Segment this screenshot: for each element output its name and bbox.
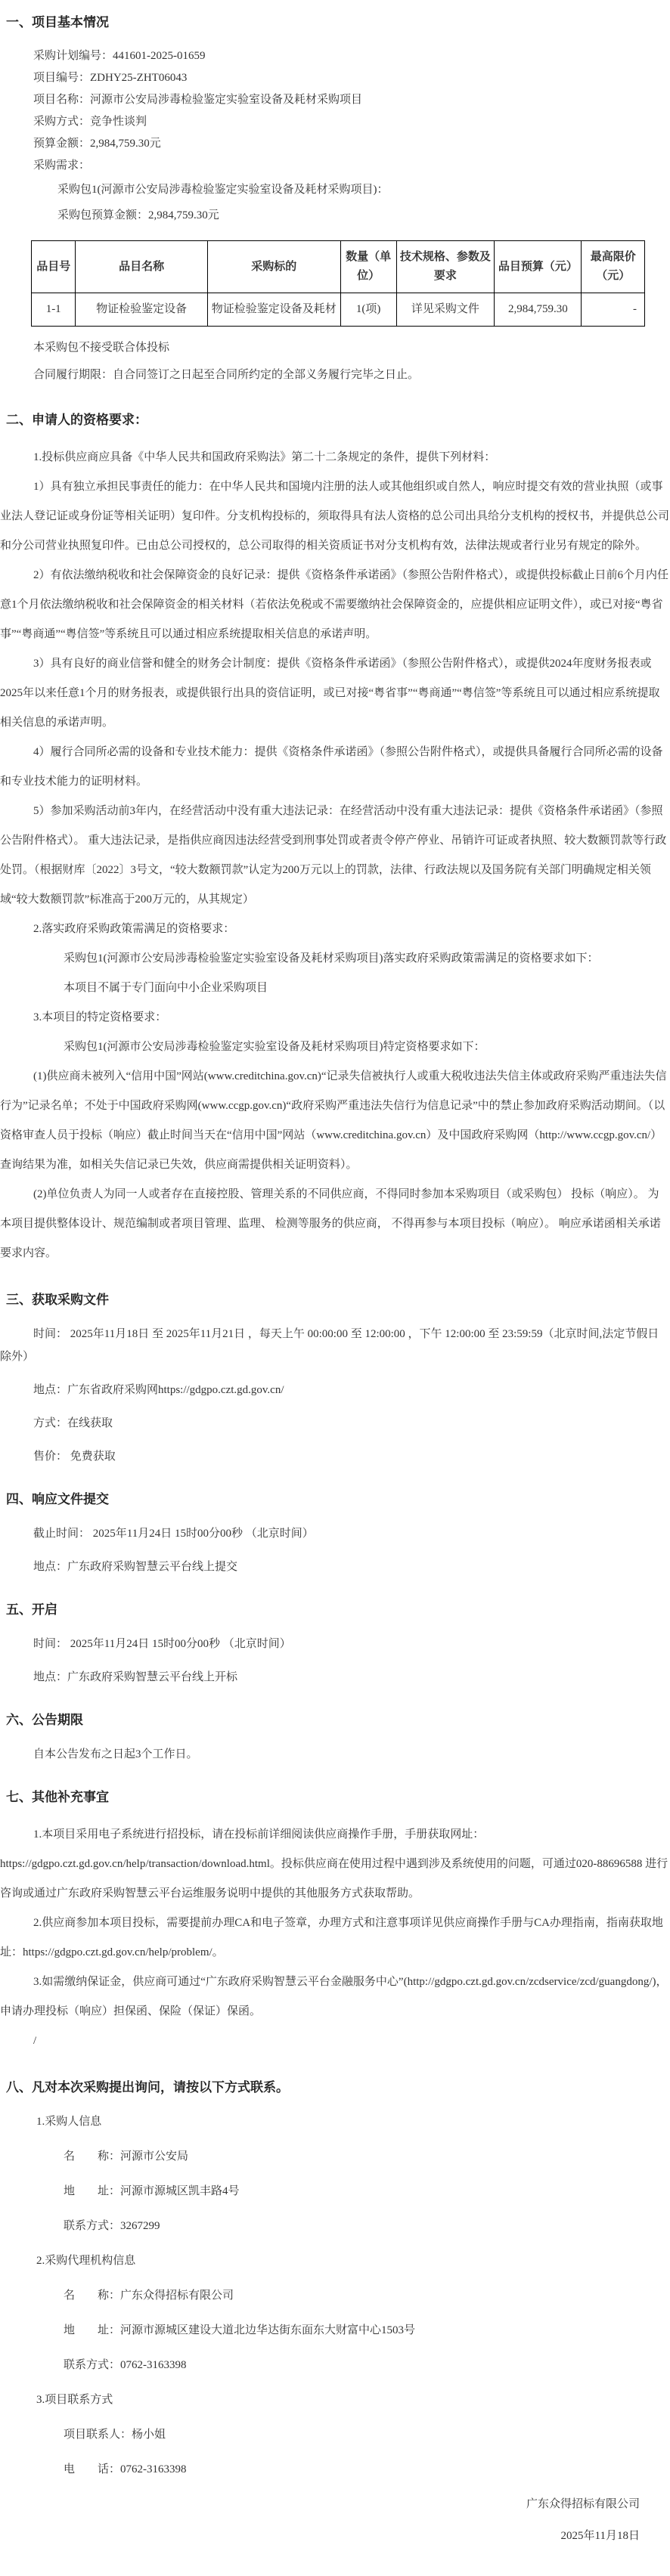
items-table-header-row: 品目号 品目名称 采购标的 数量（单位） 技术规格、参数及要求 品目预算（元） … xyxy=(32,241,645,293)
obtain-time-line: 时间： 2025年11月18日 至 2025年11月21日 ，每天上午 00:0… xyxy=(0,1323,670,1368)
budget-amount-line: 预算金额：2,984,759.30元 xyxy=(0,133,670,155)
purchaser-name-line: 名 称：河源市公安局 xyxy=(0,2145,670,2168)
contact-block: 1.采购人信息 名 称：河源市公安局 地 址：河源市源城区凯丰路4号 联系方式：… xyxy=(0,2110,670,2481)
supplementary-para: 2.供应商参加本项目投标，需要提前办理CA和电子签章，办理方式和注意事项详见供应… xyxy=(0,1909,670,1968)
qualification-para: 2）有依法缴纳税收和社会保障资金的良好记录：提供《资格条件承诺函》（参照公告附件… xyxy=(0,561,670,649)
col-header-specs: 技术规格、参数及要求 xyxy=(396,241,495,293)
contract-period-note: 合同履行期限：自合同签订之日起至合同所约定的全部义务履行完毕之日止。 xyxy=(0,361,670,389)
qualification-para: 1.投标供应商应具备《中华人民共和国政府采购法》第二十二条规定的条件，提供下列材… xyxy=(0,443,670,472)
project-contact-label: 3.项目联系方式 xyxy=(0,2389,670,2411)
obtain-method-line: 方式：在线获取 xyxy=(0,1412,670,1435)
supplementary-para: 3.如需缴纳保证金，供应商可通过“广东政府采购智慧云平台金融服务中心”(http… xyxy=(0,1968,670,2026)
cell-quantity: 1(项) xyxy=(340,293,396,327)
cell-max-price: - xyxy=(582,293,645,327)
package-info-block: 采购包1(河源市公安局涉毒检验鉴定实验室设备及耗材采购项目)： 采购包预算金额：… xyxy=(0,177,670,228)
no-consortium-note: 本采购包不接受联合体投标 xyxy=(0,334,670,361)
section-title-response-submission: 四、响应文件提交 xyxy=(0,1491,670,1509)
section-title-basic-info: 一、项目基本情况 xyxy=(0,14,670,32)
section-title-supplementary: 七、其他补充事宜 xyxy=(0,1788,670,1807)
opening-time-line: 时间： 2025年11月24日 15时00分00秒 （北京时间） xyxy=(0,1633,670,1655)
qualification-para: 5）参加采购活动前3年内，在经营活动中没有重大违法记录：在经营活动中没有重大违法… xyxy=(0,797,670,915)
signature-date: 2025年11月18日 xyxy=(0,2525,670,2547)
basic-info-block: 采购计划编号：441601-2025-01659 项目编号：ZDHY25-ZHT… xyxy=(0,45,670,177)
agency-info-label: 2.采购代理机构信息 xyxy=(0,2249,670,2272)
qualification-para: (1)供应商未被列入“信用中国”网站(www.creditchina.gov.c… xyxy=(0,1062,670,1180)
qualification-para: 3）具有良好的商业信誉和健全的财务会计制度：提供《资格条件承诺函》（参照公告附件… xyxy=(0,649,670,738)
agency-name-line: 名 称：广东众得招标有限公司 xyxy=(0,2284,670,2307)
col-header-quantity: 数量（单位） xyxy=(340,241,396,293)
col-header-item-no: 品目号 xyxy=(32,241,76,293)
plan-number-line: 采购计划编号：441601-2025-01659 xyxy=(0,45,670,67)
opening-block: 时间： 2025年11月24日 15时00分00秒 （北京时间） 地点：广东政府… xyxy=(0,1633,670,1689)
supplementary-para: 1.本项目采用电子系统进行招投标，请在投标前详细阅读供应商操作手册，手册获取网址… xyxy=(0,1820,670,1909)
procurement-demand-label: 采购需求： xyxy=(0,155,670,177)
agency-phone-line: 联系方式：0762-3163398 xyxy=(0,2354,670,2376)
obtain-price-line: 售价： 免费获取 xyxy=(0,1445,670,1468)
qualification-para: 3.本项目的特定资格要求： xyxy=(0,1003,670,1033)
qualification-para: 1）具有独立承担民事责任的能力：在中华人民共和国境内注册的法人或其他组织或自然人… xyxy=(0,472,670,561)
items-table-row: 1-1 物证检验鉴定设备 物证检验鉴定设备及耗材 1(项) 详见采购文件 2,9… xyxy=(32,293,645,327)
project-number-line: 项目编号：ZDHY25-ZHT06043 xyxy=(0,67,670,89)
obtain-place-line: 地点：广东省政府采购网https://gdgpo.czt.gd.gov.cn/ xyxy=(0,1379,670,1401)
cell-specs: 详见采购文件 xyxy=(396,293,495,327)
qualification-para: (2)单位负责人为同一人或者存在直接控股、管理关系的不同供应商，不得同时参加本采… xyxy=(0,1180,670,1268)
qualification-para: 采购包1(河源市公安局涉毒检验鉴定实验室设备及耗材采购项目)落实政府采购政策需满… xyxy=(0,944,670,974)
purchaser-phone-line: 联系方式：3267299 xyxy=(0,2215,670,2237)
cell-item-no: 1-1 xyxy=(32,293,76,327)
opening-place-line: 地点：广东政府采购智慧云平台线上开标 xyxy=(0,1666,670,1689)
agency-address-line: 地 址：河源市源城区建设大道北边华达街东面东大财富中心1503号 xyxy=(0,2319,670,2342)
procurement-announcement-document: 一、项目基本情况 采购计划编号：441601-2025-01659 项目编号：Z… xyxy=(0,0,670,2576)
submission-deadline-line: 截止时间： 2025年11月24日 15时00分00秒 （北京时间） xyxy=(0,1522,670,1545)
qualification-para: 采购包1(河源市公安局涉毒检验鉴定实验室设备及耗材采购项目)特定资格要求如下： xyxy=(0,1033,670,1062)
submission-place-line: 地点：广东政府采购智慧云平台线上提交 xyxy=(0,1556,670,1578)
project-contact-phone-line: 电 话：0762-3163398 xyxy=(0,2458,670,2481)
col-header-max-price: 最高限价（元） xyxy=(582,241,645,293)
purchaser-info-label: 1.采购人信息 xyxy=(0,2110,670,2133)
procurement-method-line: 采购方式：竞争性谈判 xyxy=(0,111,670,133)
obtain-documents-block: 时间： 2025年11月18日 至 2025年11月21日 ，每天上午 00:0… xyxy=(0,1323,670,1468)
response-submission-block: 截止时间： 2025年11月24日 15时00分00秒 （北京时间） 地点：广东… xyxy=(0,1522,670,1578)
items-table: 品目号 品目名称 采购标的 数量（单位） 技术规格、参数及要求 品目预算（元） … xyxy=(31,240,645,327)
qualification-para: 4）履行合同所必需的设备和专业技术能力：提供《资格条件承诺函》（参照公告附件格式… xyxy=(0,738,670,797)
package-budget-line: 采购包预算金额：2,984,759.30元 xyxy=(0,203,670,228)
qualification-para: 2.落实政府采购政策需满足的资格要求： xyxy=(0,915,670,944)
cell-item-budget: 2,984,759.30 xyxy=(495,293,582,327)
signature-block: 广东众得招标有限公司 2025年11月18日 xyxy=(0,2493,670,2547)
col-header-item-budget: 品目预算（元） xyxy=(495,241,582,293)
col-header-item-name: 品目名称 xyxy=(76,241,207,293)
project-name-line: 项目名称：河源市公安局涉毒检验鉴定实验室设备及耗材采购项目 xyxy=(0,89,670,111)
section-title-obtain-documents: 三、获取采购文件 xyxy=(0,1291,670,1309)
package-name-line: 采购包1(河源市公安局涉毒检验鉴定实验室设备及耗材采购项目)： xyxy=(0,177,670,203)
project-contact-person-line: 项目联系人：杨小姐 xyxy=(0,2423,670,2446)
supplementary-slash-line: / xyxy=(0,2026,670,2056)
cell-item-name: 物证检验鉴定设备 xyxy=(76,293,207,327)
section-title-announcement-period: 六、公告期限 xyxy=(0,1711,670,1729)
purchaser-address-line: 地 址：河源市源城区凯丰路4号 xyxy=(0,2180,670,2203)
signature-company: 广东众得招标有限公司 xyxy=(0,2493,670,2516)
package-notes-block: 本采购包不接受联合体投标 合同履行期限：自合同签订之日起至合同所约定的全部义务履… xyxy=(0,334,670,389)
announcement-period-line: 自本公告发布之日起3个工作日。 xyxy=(0,1743,670,1766)
col-header-subject: 采购标的 xyxy=(207,241,340,293)
section-title-opening: 五、开启 xyxy=(0,1601,670,1619)
cell-subject: 物证检验鉴定设备及耗材 xyxy=(207,293,340,327)
section-title-contact: 八、凡对本次采购提出询问，请按以下方式联系。 xyxy=(0,2079,670,2097)
qualification-para: 本项目不属于专门面向中小企业采购项目 xyxy=(0,974,670,1003)
section-title-qualification: 二、申请人的资格要求： xyxy=(0,411,670,429)
announcement-period-block: 自本公告发布之日起3个工作日。 xyxy=(0,1743,670,1766)
